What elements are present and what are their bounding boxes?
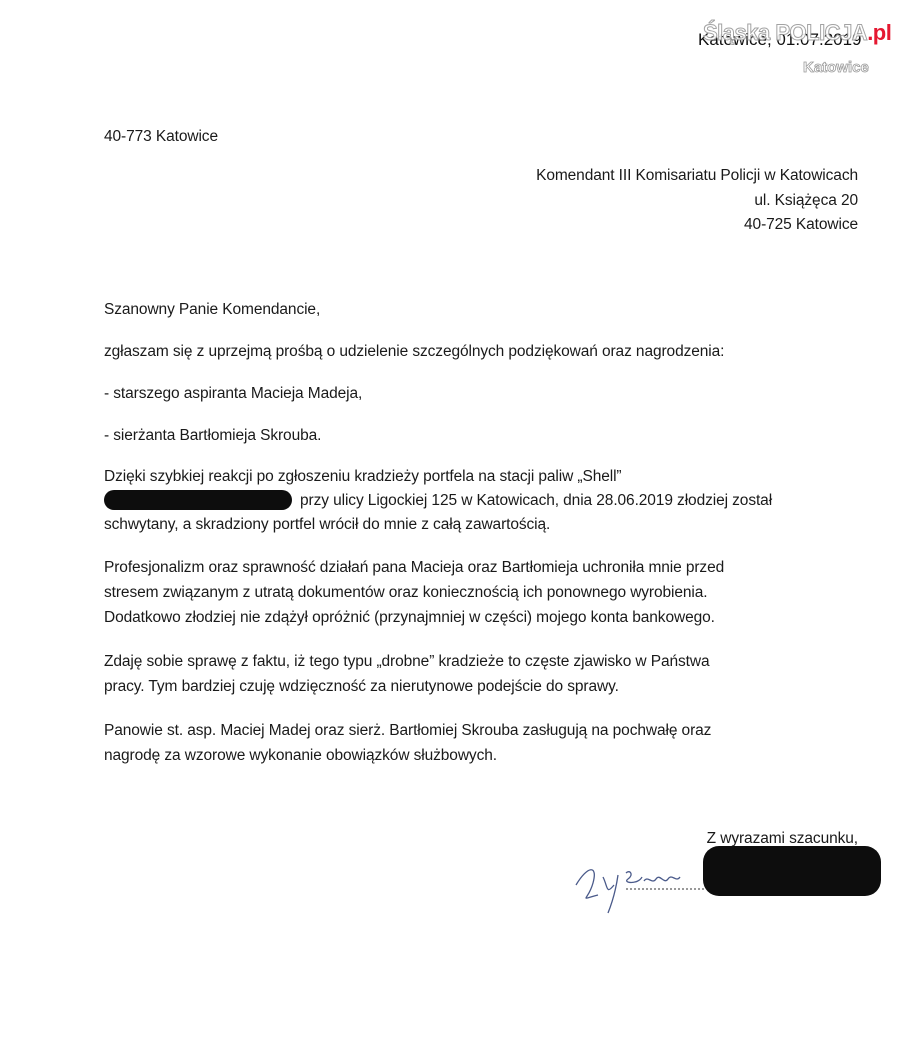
paragraph-2-line: Profesjonalizm oraz sprawność działań pa…: [104, 557, 724, 579]
watermark-logo: Śląska POLICJA.pl: [703, 20, 891, 46]
paragraph-2-line: Dodatkowo złodziej nie zdążył opróżnić (…: [104, 607, 715, 629]
watermark-tld: .pl: [867, 20, 891, 45]
paragraph-1-line: Dzięki szybkiej reakcji po zgłoszeniu kr…: [104, 466, 622, 488]
recipient-line-2: ul. Książęca 20: [754, 190, 858, 212]
paragraph-4-line: Panowie st. asp. Maciej Madej oraz sierż…: [104, 720, 711, 742]
redaction-mark: [703, 846, 881, 896]
sender-postal: 40-773 Katowice: [104, 126, 218, 148]
paragraph-1-line: schwytany, a skradziony portfel wrócił d…: [104, 514, 550, 536]
paragraph-4-line: nagrodę za wzorowe wykonanie obowiązków …: [104, 745, 497, 767]
list-item: - sierżanta Bartłomieja Skrouba.: [104, 425, 321, 447]
recipient-line-3: 40-725 Katowice: [744, 214, 858, 236]
watermark-brand: Śląska POLICJA: [703, 20, 867, 45]
paragraph-1-line: przy ulicy Ligockiej 125 w Katowicach, d…: [300, 490, 772, 512]
recipient-line-1: Komendant III Komisariatu Policji w Kato…: [536, 165, 858, 187]
paragraph-2-line: stresem związanym z utratą dokumentów or…: [104, 582, 708, 604]
salutation: Szanowny Panie Komendancie,: [104, 299, 320, 321]
redaction-mark: [104, 490, 292, 510]
list-item: - starszego aspiranta Macieja Madeja,: [104, 383, 362, 405]
paragraph-3-line: Zdaję sobie sprawę z faktu, iż tego typu…: [104, 651, 709, 673]
watermark-city: Katowice: [803, 59, 869, 76]
intro-text: zgłaszam się z uprzejmą prośbą o udziele…: [104, 341, 724, 363]
paragraph-3-line: pracy. Tym bardziej czuję wdzięczność za…: [104, 676, 619, 698]
